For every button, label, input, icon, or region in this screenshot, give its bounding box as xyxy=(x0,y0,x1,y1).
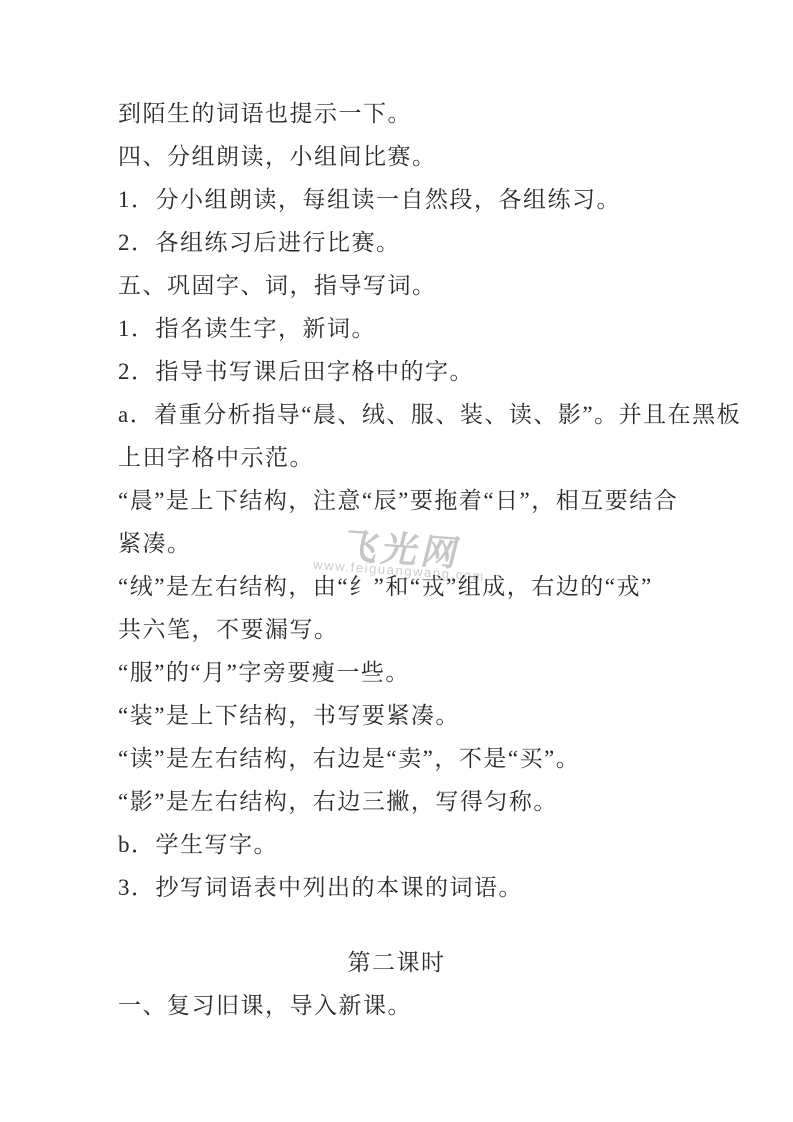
text-line: 2．指导书写课后田字格中的字。 xyxy=(118,350,675,393)
text-line: a．着重分析指导“晨、绒、服、装、读、影”。并且在黑板 xyxy=(118,393,675,436)
text-line: 到陌生的词语也提示一下。 xyxy=(118,92,675,135)
text-line: b．学生写字。 xyxy=(118,823,675,866)
text-line: 2．各组练习后进行比赛。 xyxy=(118,221,675,264)
text-line: “影”是左右结构，右边三撇，写得匀称。 xyxy=(118,780,675,823)
text-line: 共六笔，不要漏写。 xyxy=(118,608,675,651)
closing-line: 一、复习旧课，导入新课。 xyxy=(118,984,675,1027)
text-line: “绒”是左右结构，由“纟”和“戎”组成，右边的“戎” xyxy=(118,565,675,608)
document-page: 飞光网 www.feiguangwang.com 到陌生的词语也提示一下。 四、… xyxy=(0,0,793,1122)
text-line: 四、分组朗读，小组间比赛。 xyxy=(118,135,675,178)
text-line: 上田字格中示范。 xyxy=(118,436,675,479)
text-line: 1．分小组朗读，每组读一自然段，各组练习。 xyxy=(118,178,675,221)
text-line: 五、巩固字、词，指导写词。 xyxy=(118,264,675,307)
blank-line xyxy=(118,909,675,941)
text-line: “装”是上下结构，书写要紧凑。 xyxy=(118,694,675,737)
text-line: “晨”是上下结构，注意“辰”要拖着“日”，相互要结合 xyxy=(118,479,675,522)
text-content: 到陌生的词语也提示一下。 四、分组朗读，小组间比赛。 1．分小组朗读，每组读一自… xyxy=(118,92,675,1027)
text-line: 3．抄写词语表中列出的本课的词语。 xyxy=(118,866,675,909)
text-line: “服”的“月”字旁要瘦一些。 xyxy=(118,651,675,694)
text-line: 1．指名读生字，新词。 xyxy=(118,307,675,350)
text-line: 紧凑。 xyxy=(118,522,675,565)
text-line: “读”是左右结构，右边是“卖”，不是“买”。 xyxy=(118,737,675,780)
section-heading: 第二课时 xyxy=(118,941,675,984)
